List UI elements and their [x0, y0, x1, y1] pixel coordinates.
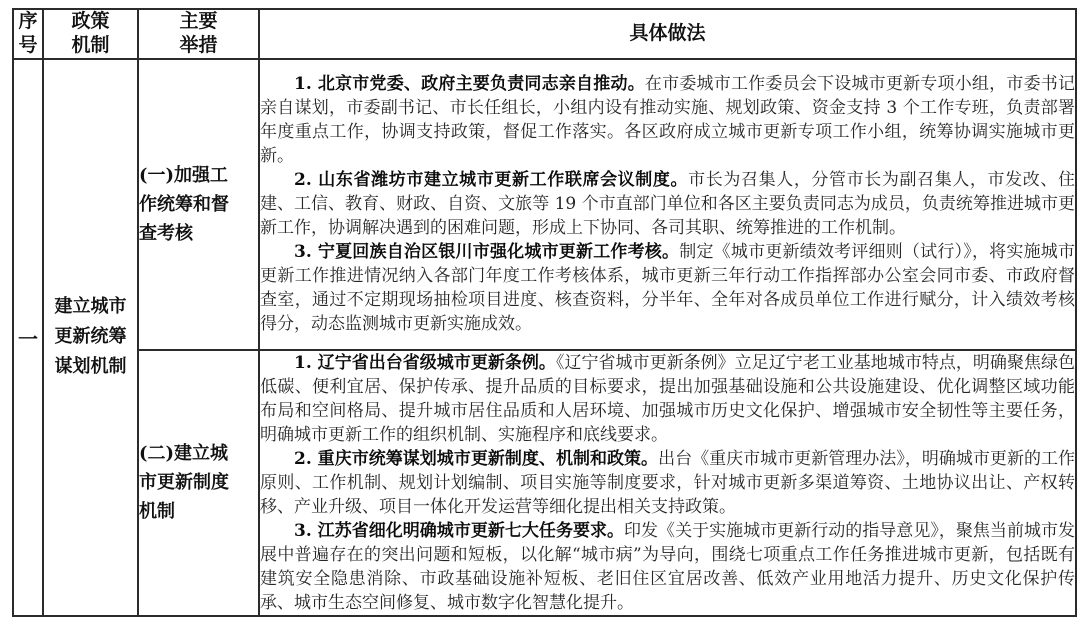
practice-lead: 1. 辽宁省出台省级城市更新条例。: [294, 353, 556, 373]
practice-paragraph: 2. 山东省潍坊市建立城市更新工作联席会议制度。市长为召集人，分管市长为副召集人…: [260, 168, 1075, 240]
col-header-index: 序 号: [13, 9, 43, 59]
practice-lead: 1. 北京市党委、政府主要负责同志亲自推动。: [294, 74, 645, 94]
practice-paragraph: 2. 重庆市统筹谋划城市更新制度、机制和政策。出台《重庆市城市更新管理办法》，明…: [260, 447, 1075, 519]
practice-paragraph: 3. 宁夏回族自治区银川市强化城市更新工作考核。制定《城市更新绩效考评细则（试行…: [260, 240, 1075, 336]
practice-paragraph: 3. 江苏省细化明确城市更新七大任务要求。印发《关于实施城市更新行动的指导意见》…: [260, 519, 1075, 615]
practice-lead: 3. 江苏省细化明确城市更新七大任务要求。: [294, 521, 624, 541]
practice-lead: 2. 重庆市统筹谋划城市更新制度、机制和政策。: [294, 449, 658, 469]
policy-table: 序 号 政策 机制 主要 举措 具体做法 一 建立城市 更新统筹 谋划机制 (一…: [12, 8, 1077, 617]
practice-paragraph: 1. 辽宁省出台省级城市更新条例。《辽宁省城市更新条例》立足辽宁老工业基地城市特…: [260, 351, 1075, 447]
measure-cell-2: (二)建立城 市更新制度 机制: [138, 350, 259, 616]
measure-cell-1: (一)加强工 作统筹和督 查考核: [138, 59, 259, 350]
practice-paragraph: 1. 北京市党委、政府主要负责同志亲自推动。在市委城市工作委员会下设城市更新专项…: [260, 72, 1075, 168]
table-header-row: 序 号 政策 机制 主要 举措 具体做法: [13, 9, 1076, 59]
table-row-section-2: (二)建立城 市更新制度 机制 1. 辽宁省出台省级城市更新条例。《辽宁省城市更…: [13, 350, 1076, 616]
row-index-cell: 一: [13, 59, 43, 616]
document-page: 序 号 政策 机制 主要 举措 具体做法 一 建立城市 更新统筹 谋划机制 (一…: [0, 0, 1080, 626]
practices-cell-1: 1. 北京市党委、政府主要负责同志亲自推动。在市委城市工作委员会下设城市更新专项…: [259, 59, 1076, 350]
practices-cell-2: 1. 辽宁省出台省级城市更新条例。《辽宁省城市更新条例》立足辽宁老工业基地城市特…: [259, 350, 1076, 616]
table-row-section-1: 一 建立城市 更新统筹 谋划机制 (一)加强工 作统筹和督 查考核 1. 北京市…: [13, 59, 1076, 350]
col-header-mechanism: 政策 机制: [43, 9, 138, 59]
practice-lead: 3. 宁夏回族自治区银川市强化城市更新工作考核。: [294, 242, 679, 262]
col-header-measures: 主要 举措: [138, 9, 259, 59]
practice-lead: 2. 山东省潍坊市建立城市更新工作联席会议制度。: [294, 170, 688, 190]
policy-mechanism-cell: 建立城市 更新统筹 谋划机制: [43, 59, 138, 616]
col-header-practices: 具体做法: [259, 9, 1076, 59]
